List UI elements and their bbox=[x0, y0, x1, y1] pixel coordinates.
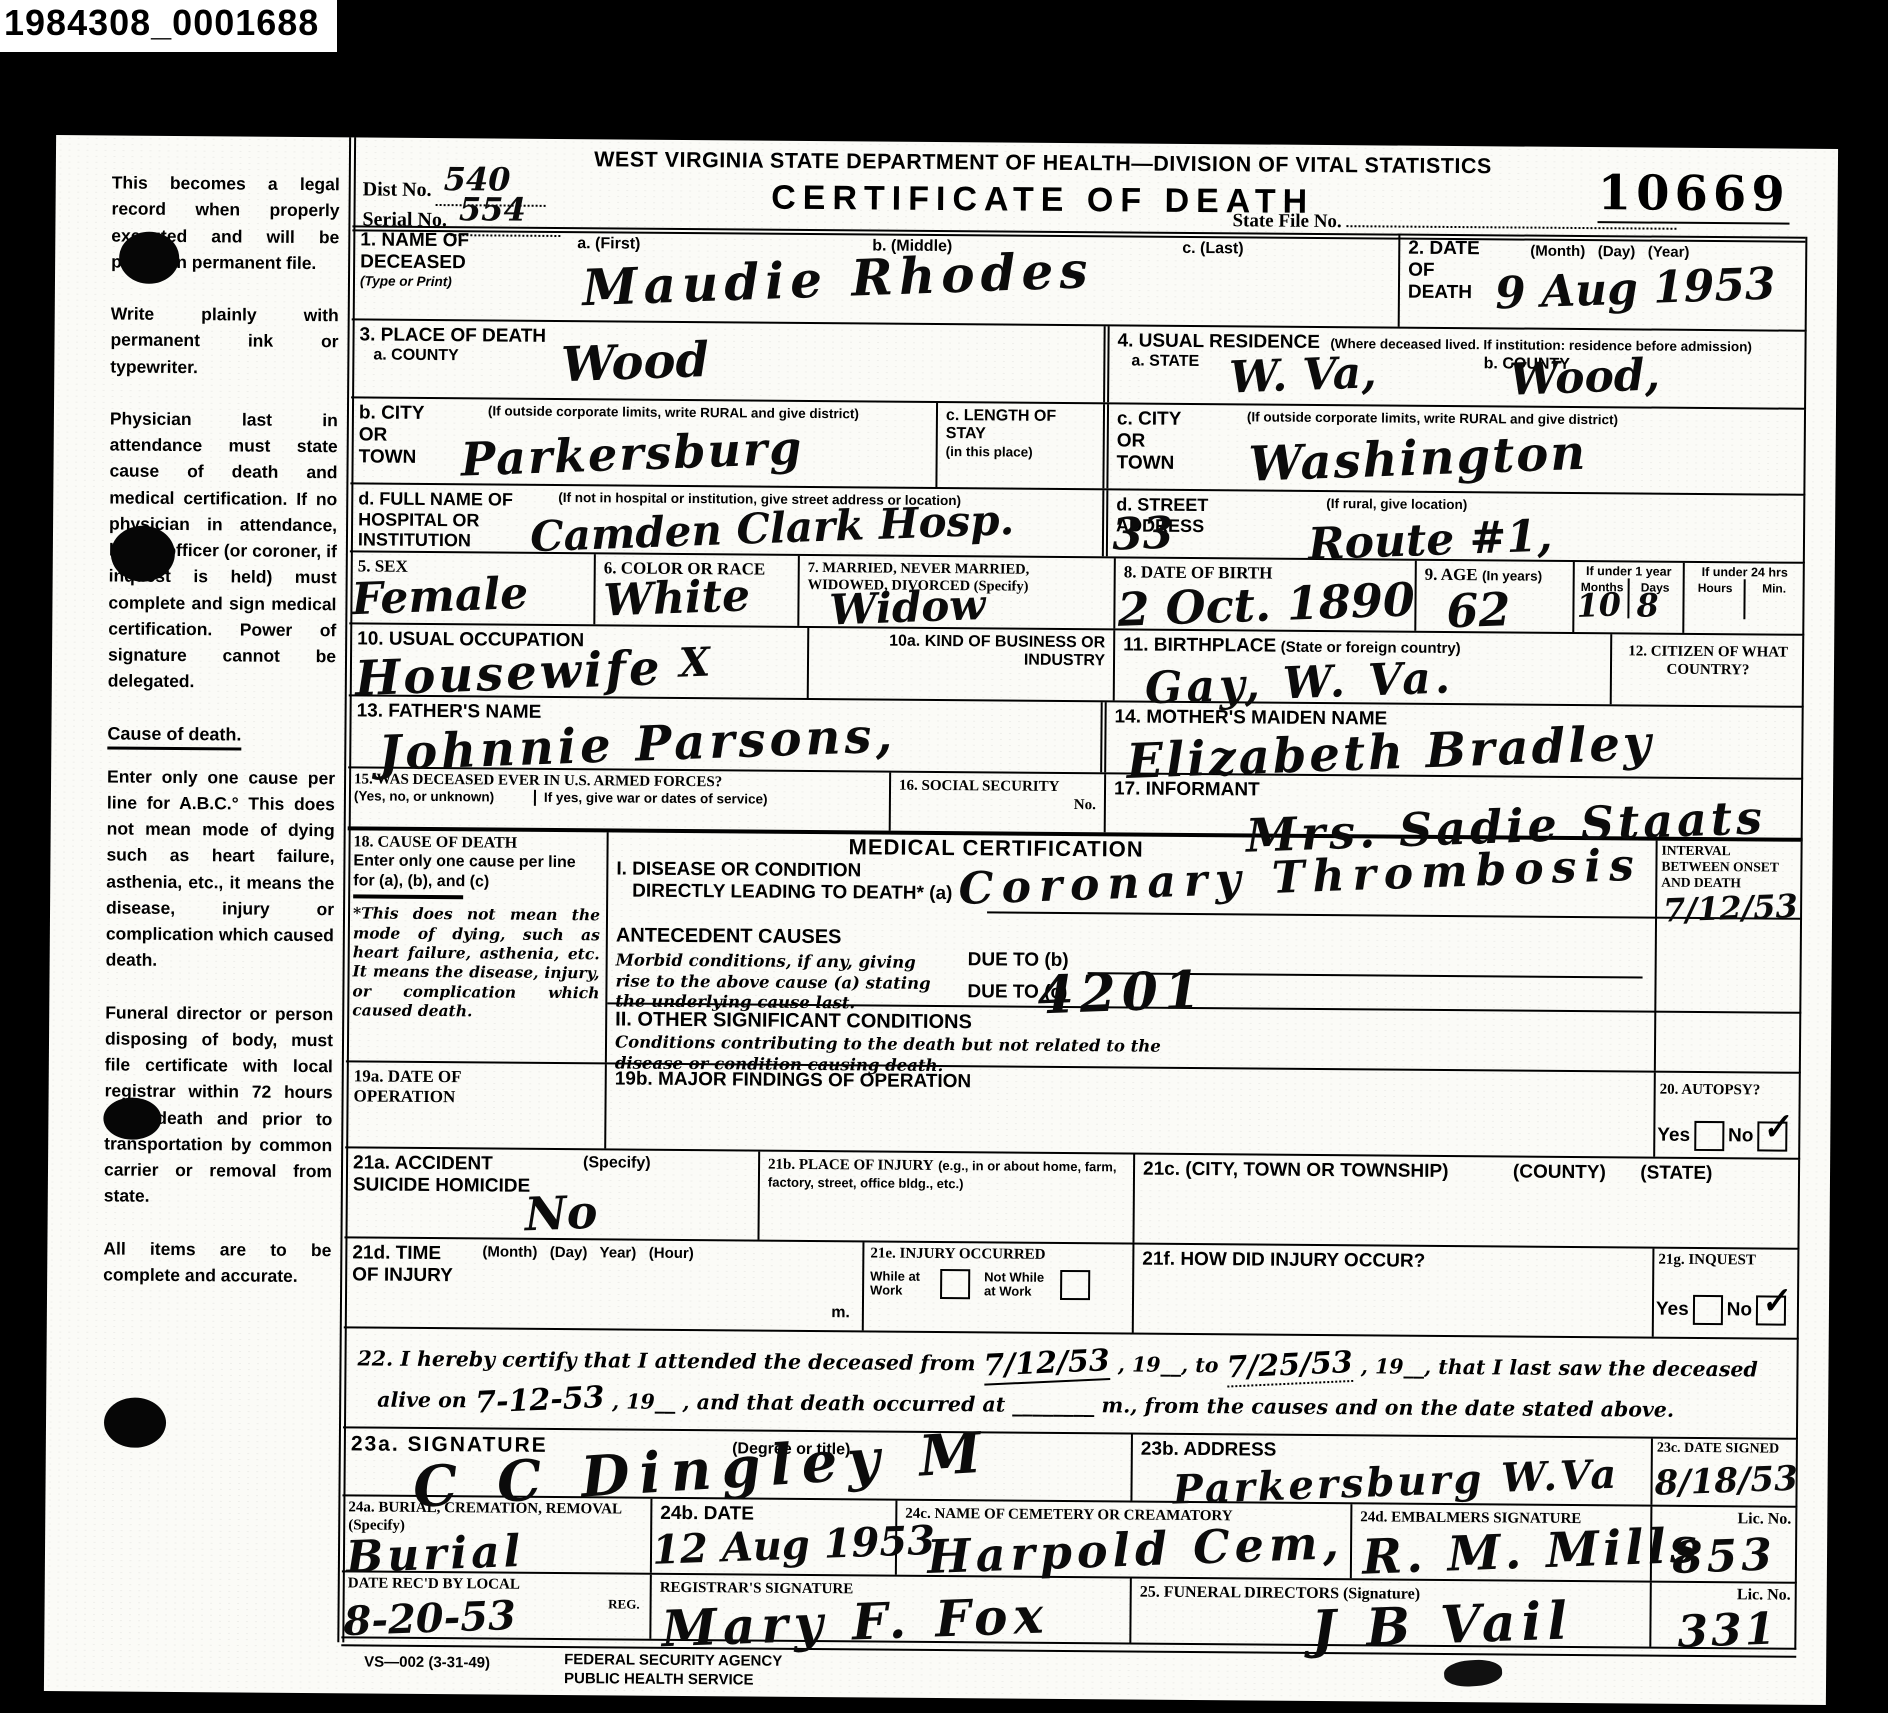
time-of-injury-columns: (Month) (Day) Year) (Hour) bbox=[482, 1243, 854, 1263]
residence-state-sublabel: a. STATE bbox=[1131, 352, 1199, 370]
kind-of-business-label: 10a. KIND OF BUSINESS OR INDUSTRY bbox=[817, 632, 1105, 671]
field-name-of-deceased: 1. NAME OF DECEASED (Type or Print) a. (… bbox=[352, 225, 1401, 326]
antecedent-causes-label: ANTECEDENT CAUSES bbox=[616, 924, 842, 949]
field-physician-address: 23b. ADDRESS Parkersburg W.Va bbox=[1132, 1435, 1653, 1505]
minutes-label: Min. bbox=[1762, 582, 1786, 596]
field-sex: 5. SEX Female bbox=[349, 552, 596, 624]
field-date-of-birth: 8. DATE OF BIRTH 2 Oct. 1890 bbox=[1115, 558, 1417, 630]
embalmer-signature-value: R. M. Mills bbox=[1361, 1518, 1702, 1586]
field-how-did-injury-occur: 21f. HOW DID INJURY OCCUR? bbox=[1134, 1245, 1655, 1337]
social-security-no-label: No. bbox=[899, 795, 1096, 815]
field-medical-certification-main: MEDICAL CERTIFICATION I. DISEASE OR COND… bbox=[607, 832, 1658, 1070]
city-or-town-note: (If outside corporate limits, write RURA… bbox=[469, 403, 859, 422]
field-embalmer-signature: 24d. EMBALMERS SIGNATURE R. M. Mills bbox=[1352, 1504, 1653, 1580]
place-of-death-county-value: Wood bbox=[560, 332, 710, 393]
citizen-label: 12. CITIZEN OF WHAT COUNTRY? bbox=[1620, 642, 1796, 679]
field-kind-of-business: 10a. KIND OF BUSINESS OR INDUSTRY bbox=[809, 628, 1116, 700]
field-residence-city: c. CITY OR TOWN (If outside corporate li… bbox=[1108, 404, 1806, 493]
certify-text: , 19__, that I last saw the deceased bbox=[1361, 1354, 1758, 1381]
row-hospital-street: d. FULL NAME OF HOSPITAL OR INSTITUTION … bbox=[350, 484, 1805, 563]
row-name-dateofdeath: 1. NAME OF DECEASED (Type or Print) a. (… bbox=[352, 225, 1808, 331]
code-4201-value: 4201 bbox=[1036, 959, 1207, 1026]
burial-date-value: 12 Aug 1953 bbox=[651, 1517, 935, 1574]
cause-of-death-label: 18. CAUSE OF DEATH bbox=[354, 832, 601, 853]
residence-city-label: c. CITY OR TOWN bbox=[1117, 408, 1198, 474]
city-or-town-value: Parkersburg bbox=[460, 420, 804, 486]
place-of-injury-label: 21b. PLACE OF INJURY bbox=[768, 1157, 934, 1174]
injury-city-label: 21c. (CITY, TOWN OR TOWNSHIP) bbox=[1143, 1159, 1449, 1182]
field-date-of-operation: 19a. DATE OF OPERATION bbox=[345, 1062, 607, 1148]
field-age-under-1-year: If under 1 year Months 10 Days 8 bbox=[1574, 562, 1685, 633]
instruction-panel: This becomes a legal record when properl… bbox=[44, 135, 351, 1693]
days-value: 8 bbox=[1636, 586, 1660, 625]
state-file-no-blank bbox=[1346, 207, 1676, 230]
ink-blot bbox=[111, 525, 175, 582]
inquest-no-checkbox: ✓ bbox=[1756, 1295, 1786, 1325]
not-while-at-work-option: Not While at Work bbox=[984, 1269, 1094, 1300]
date-of-death-columns: (Month) (Day) (Year) bbox=[1530, 243, 1689, 261]
row-forces-ssn-informant: 15. WAS DECEASED EVER IN U.S. ARMED FORC… bbox=[348, 768, 1803, 841]
field-physician-signature: 23a. SIGNATURE (Degree or title) C C Din… bbox=[342, 1428, 1132, 1500]
months-value: 10 bbox=[1576, 585, 1622, 625]
birthplace-label: 11. BIRTHPLACE bbox=[1123, 634, 1276, 656]
date-of-operation-label: 19a. DATE OF OPERATION bbox=[354, 1066, 484, 1108]
while-at-work-checkbox bbox=[940, 1269, 970, 1299]
field-birthplace: 11. BIRTHPLACE (State or foreign country… bbox=[1115, 630, 1613, 704]
certify-text: , 19__ , and that death occurred at ____… bbox=[612, 1389, 1674, 1421]
field-interval-onset-death: INTERVAL BETWEEN ONSET AND DEATH 7/12/53 bbox=[1656, 841, 1803, 1072]
field-place-of-death-county: 3. PLACE OF DEATH a. COUNTY Wood bbox=[351, 320, 1110, 402]
time-of-injury-label: 21d. TIME OF INJURY bbox=[352, 1242, 462, 1287]
certify-statement: 22. I hereby certify that I attended the… bbox=[343, 1328, 1797, 1431]
autopsy-yes-label: Yes bbox=[1657, 1125, 1690, 1146]
row-sex-race-age: 5. SEX Female 6. COLOR OR RACE White 7. … bbox=[349, 552, 1805, 635]
inquest-label: 21g. INQUEST bbox=[1658, 1251, 1795, 1270]
marital-status-value: Widow bbox=[829, 580, 987, 635]
street-address-route-value: Route #1, bbox=[1307, 510, 1553, 570]
field-age: 9. AGE (In years) 62 bbox=[1416, 561, 1575, 632]
last-seen-alive-value: 7-12-53 bbox=[474, 1380, 605, 1421]
months-column: Months 10 bbox=[1576, 578, 1627, 618]
certify-text: alive on bbox=[377, 1388, 467, 1413]
autopsy-yes-checkbox bbox=[1694, 1121, 1724, 1151]
disease-condition-label-2: DIRECTLY LEADING TO DEATH* (a) bbox=[632, 881, 952, 905]
field-injury-occurred: 21e. INJURY OCCURRED While at Work Not W… bbox=[864, 1242, 1135, 1332]
accident-label: 21a. ACCIDENT SUICIDE HOMICIDE bbox=[353, 1152, 543, 1197]
certify-text: 22. I hereby certify that I attended the… bbox=[357, 1346, 975, 1375]
hours-label: Hours bbox=[1698, 581, 1733, 595]
embalmer-lic-value: 853 bbox=[1671, 1529, 1777, 1584]
instruction-divider bbox=[353, 895, 463, 900]
date-signed-value: 8/18/53 bbox=[1654, 1459, 1798, 1504]
ink-blot bbox=[104, 1397, 166, 1447]
not-while-at-work-label: Not While at Work bbox=[984, 1270, 1054, 1299]
field-date-received: DATE REC'D BY LOCAL REG. 8-20-53 bbox=[341, 1572, 651, 1638]
row-signature-address: 23a. SIGNATURE (Degree or title) C C Din… bbox=[342, 1428, 1797, 1507]
serial-number-value: 554 bbox=[459, 190, 526, 229]
first-name-sublabel: a. (First) bbox=[577, 235, 640, 254]
city-or-town-label: b. CITY OR TOWN bbox=[359, 402, 430, 468]
armed-forces-note1: (Yes, no, or unknown) bbox=[354, 788, 534, 805]
inquest-yes-label: Yes bbox=[1656, 1299, 1689, 1320]
attended-to-value: 7/25/53 bbox=[1226, 1345, 1354, 1388]
deceased-name-value: Maudie Rhodes bbox=[581, 240, 1094, 317]
agency-title: WEST VIRGINIA STATE DEPARTMENT OF HEALTH… bbox=[413, 146, 1673, 181]
date-of-death-label: 2. DATE OF DEATH bbox=[1408, 238, 1499, 304]
hours-column: Hours bbox=[1686, 579, 1743, 619]
instruction-paragraph: Write plainly with permanent ink or type… bbox=[110, 300, 339, 381]
major-findings-label: 19b. MAJOR FINDINGS OF OPERATION bbox=[615, 1068, 1646, 1098]
field-cemetery-name: 24c. NAME OF CEMETERY OR CREAMATORY Harp… bbox=[897, 1501, 1353, 1579]
inquest-yes-checkbox bbox=[1693, 1295, 1723, 1325]
field-autopsy: 20. AUTOPSY? YesNo✓ bbox=[1655, 1073, 1801, 1158]
armed-forces-note2: If yes, give war or dates of service) bbox=[534, 790, 768, 807]
ink-blot bbox=[119, 232, 179, 284]
inquest-yes-no: YesNo✓ bbox=[1656, 1295, 1790, 1326]
field-funeral-director: 25. FUNERAL DIRECTORS (Signature) J B Va… bbox=[1131, 1579, 1651, 1647]
injury-state-label: (STATE) bbox=[1640, 1163, 1712, 1185]
inquest-no-label: No bbox=[1727, 1299, 1752, 1320]
field-date-of-death: 2. DATE OF DEATH (Month) (Day) (Year) 9 … bbox=[1400, 234, 1808, 330]
row-city-lengthofstay: b. CITY OR TOWN (If outside corporate li… bbox=[350, 398, 1806, 495]
field-place-of-injury: 21b. PLACE OF INJURY (e.g., in or about … bbox=[759, 1152, 1135, 1243]
reg-abbr-label: REG. bbox=[608, 1596, 640, 1612]
row-certify-statement: 22. I hereby certify that I attended the… bbox=[343, 1328, 1799, 1439]
state-file-no-label: State File No. bbox=[1232, 210, 1341, 232]
field-registrar-signature: REGISTRAR'S SIGNATURE Mary F. Fox bbox=[651, 1575, 1131, 1643]
usual-occupation-value: Housewife bbox=[354, 640, 663, 707]
field-mothers-maiden-name: 14. MOTHER'S MAIDEN NAME Elizabeth Bradl… bbox=[1106, 702, 1804, 777]
cemetery-name-value: Harpold Cem, bbox=[926, 1515, 1344, 1584]
autopsy-yes-no: YesNo✓ bbox=[1657, 1121, 1791, 1152]
field-city-or-town: b. CITY OR TOWN (If outside corporate li… bbox=[350, 398, 938, 487]
stamp-mark-icon bbox=[1443, 1658, 1502, 1688]
age-value: 62 bbox=[1446, 582, 1512, 638]
interval-label: INTERVAL BETWEEN ONSET AND DEATH bbox=[1661, 843, 1798, 893]
instruction-paragraph: All items are to be complete and accurat… bbox=[103, 1235, 331, 1289]
cause-instruction-footnote: *This does not mean the mode of dying, s… bbox=[352, 904, 600, 1022]
while-at-work-option: While at Work bbox=[870, 1268, 974, 1299]
days-column: Days 8 bbox=[1627, 579, 1680, 619]
burial-value: Burial bbox=[345, 1526, 525, 1583]
funeral-director-lic-value: 331 bbox=[1677, 1603, 1780, 1658]
row-operation-autopsy: 19a. DATE OF OPERATION 19b. MAJOR FINDIN… bbox=[345, 1062, 1801, 1159]
social-security-label: 16. SOCIAL SECURITY bbox=[899, 777, 1096, 797]
injury-county-label: (COUNTY) bbox=[1513, 1162, 1606, 1184]
field-usual-residence: 4. USUAL RESIDENCE (Where deceased lived… bbox=[1109, 326, 1807, 407]
field-citizen-of-what-country: 12. CITIZEN OF WHAT COUNTRY? bbox=[1612, 634, 1805, 706]
field-social-security: 16. SOCIAL SECURITY No. bbox=[891, 773, 1106, 833]
scanned-death-certificate-page: { "scan_label": "1984308_0001688", "left… bbox=[0, 0, 1888, 1713]
injury-occurred-label: 21e. INJURY OCCURRED bbox=[870, 1244, 1126, 1264]
registrar-signature-value: Mary F. Fox bbox=[661, 1585, 1051, 1658]
autopsy-no-label: No bbox=[1728, 1125, 1753, 1146]
while-at-work-label: While at Work bbox=[870, 1269, 934, 1298]
hospital-name-label: d. FULL NAME OF HOSPITAL OR INSTITUTION bbox=[358, 488, 548, 552]
field-usual-occupation: 10. USUAL OCCUPATION Housewife X bbox=[349, 624, 810, 698]
field-burial-date: 24b. DATE 12 Aug 1953 bbox=[652, 1499, 898, 1575]
field-fathers-name: 13. FATHER'S NAME Johnnie Parsons, bbox=[348, 696, 1107, 772]
date-of-birth-value: 2 Oct. 1890 bbox=[1117, 572, 1416, 637]
date-received-value: 8-20-53 bbox=[343, 1592, 517, 1645]
cause-instruction-note: Enter only one cause per line for (a), (… bbox=[353, 852, 600, 894]
field-street-address: d. STREET ADDRESS (If rural, give locati… bbox=[1108, 490, 1805, 561]
last-name-sublabel: c. (Last) bbox=[1182, 240, 1243, 259]
other-significant-conditions-label: II. OTHER SIGNIFICANT CONDITIONS bbox=[615, 1008, 972, 1034]
length-of-stay-note: (in this place) bbox=[946, 444, 1095, 461]
section-medical-certification: 18. CAUSE OF DEATH Enter only one cause … bbox=[346, 830, 1803, 1073]
sex-value: Female bbox=[351, 568, 529, 625]
age-label: 9. AGE bbox=[1425, 565, 1478, 584]
date-of-death-value: 9 Aug 1953 bbox=[1494, 258, 1776, 319]
autopsy-no-checkbox: ✓ bbox=[1757, 1121, 1787, 1151]
scan-filename-label: 1984308_0001688 bbox=[0, 0, 337, 52]
how-injury-occurred-label: 21f. HOW DID INJURY OCCUR? bbox=[1142, 1249, 1644, 1275]
disease-condition-label-1: I. DISEASE OR CONDITION bbox=[616, 858, 861, 882]
field-injury-city-county-state: 21c. (CITY, TOWN OR TOWNSHIP) (COUNTY) (… bbox=[1134, 1155, 1800, 1248]
length-of-stay-label: c. LENGTH OF STAY bbox=[946, 407, 1095, 445]
field-cause-of-death-instructions: 18. CAUSE OF DEATH Enter only one cause … bbox=[346, 830, 609, 1062]
field-major-findings: 19b. MAJOR FINDINGS OF OPERATION bbox=[606, 1064, 1656, 1156]
residence-city-note: (If outside corporate limits, write RURA… bbox=[1247, 409, 1767, 429]
minutes-column: Min. bbox=[1743, 580, 1802, 620]
form-number: VS—002 (3-31-49) bbox=[364, 1653, 490, 1673]
residence-city-value: Washington bbox=[1248, 425, 1588, 493]
row-father-mother: 13. FATHER'S NAME Johnnie Parsons, 14. M… bbox=[348, 696, 1804, 779]
autopsy-no-checkmark: ✓ bbox=[1759, 1106, 1793, 1149]
date-signed-label: 23c. DATE SIGNED bbox=[1657, 1441, 1794, 1459]
issuing-agency-line2: PUBLIC HEALTH SERVICE bbox=[564, 1670, 782, 1690]
funeral-director-lic-label: Lic. No. bbox=[1658, 1585, 1791, 1605]
accident-value: No bbox=[524, 1185, 599, 1242]
residence-state-value: W. Va, bbox=[1228, 347, 1377, 403]
field-funeral-director-lic: Lic. No. 331 bbox=[1651, 1583, 1796, 1648]
under-24-hrs-label: If under 24 hrs bbox=[1687, 565, 1803, 580]
age-note: (In years) bbox=[1482, 568, 1542, 583]
street-address-number-value: 33 bbox=[1111, 507, 1174, 560]
field-age-under-24-hrs: If under 24 hrs Hours Min. bbox=[1684, 563, 1805, 634]
street-address-note: (If rural, give location) bbox=[1326, 496, 1797, 515]
field-date-signed: 23c. DATE SIGNED 8/18/53 bbox=[1652, 1439, 1798, 1506]
occupation-x-mark: X bbox=[678, 639, 711, 687]
residence-county-value: Wood, bbox=[1508, 349, 1660, 405]
field-accident-suicide-homicide: 21a. ACCIDENT SUICIDE HOMICIDE (Specify)… bbox=[344, 1148, 760, 1239]
row-registrar-funeral: DATE REC'D BY LOCAL REG. 8-20-53 REGISTR… bbox=[341, 1572, 1796, 1649]
inquest-no-checkmark: ✓ bbox=[1758, 1280, 1792, 1323]
name-of-deceased-label: 1. NAME OF DECEASED bbox=[360, 229, 535, 274]
field-time-of-injury: 21d. TIME OF INJURY (Month) (Day) Year) … bbox=[344, 1238, 865, 1330]
field-length-of-stay: c. LENGTH OF STAY (in this place) bbox=[937, 403, 1109, 488]
state-file-no-field: State File No. bbox=[1232, 206, 1676, 235]
color-or-race-value: White bbox=[603, 570, 751, 626]
row-placeofdeath-residence: 3. PLACE OF DEATH a. COUNTY Wood 4. USUA… bbox=[351, 320, 1807, 409]
interval-value: 7/12/53 bbox=[1662, 887, 1798, 930]
instruction-paragraph: Enter only one cause per line for A.B.C.… bbox=[106, 763, 336, 975]
time-am-pm-label: m. bbox=[831, 1304, 850, 1323]
field-hospital-name: d. FULL NAME OF HOSPITAL OR INSTITUTION … bbox=[350, 484, 1108, 556]
under-1-year-label: If under 1 year bbox=[1577, 564, 1681, 579]
row-occupation-birthplace: 10. USUAL OCCUPATION Housewife X 10a. KI… bbox=[349, 624, 1805, 707]
ink-blot bbox=[103, 1097, 161, 1139]
accident-specify-note: (Specify) bbox=[583, 1154, 750, 1174]
row-accident-placeofinjury: 21a. ACCIDENT SUICIDE HOMICIDE (Specify)… bbox=[344, 1148, 1800, 1249]
certify-text: , 19__, to bbox=[1118, 1352, 1219, 1377]
autopsy-label: 20. AUTOPSY? bbox=[1660, 1081, 1797, 1100]
attended-from-value: 7/12/53 bbox=[983, 1343, 1111, 1386]
not-while-at-work-checkbox bbox=[1060, 1270, 1090, 1300]
field-inquest: 21g. INQUEST YesNo✓ bbox=[1654, 1249, 1800, 1338]
field-color-or-race: 6. COLOR OR RACE White bbox=[595, 554, 800, 626]
usual-residence-note: (Where deceased lived. If institution: r… bbox=[1330, 336, 1752, 354]
field-marital-status: 7. MARRIED, NEVER MARRIED, WIDOWED, DIVO… bbox=[799, 556, 1116, 628]
death-certificate-sheet: This becomes a legal record when properl… bbox=[44, 135, 1838, 1705]
cause-of-death-heading: Cause of death. bbox=[107, 723, 241, 750]
row-timeofinjury-inquest: 21d. TIME OF INJURY (Month) (Day) Year) … bbox=[344, 1238, 1800, 1339]
funeral-director-value: J B Vail bbox=[1310, 1590, 1574, 1660]
